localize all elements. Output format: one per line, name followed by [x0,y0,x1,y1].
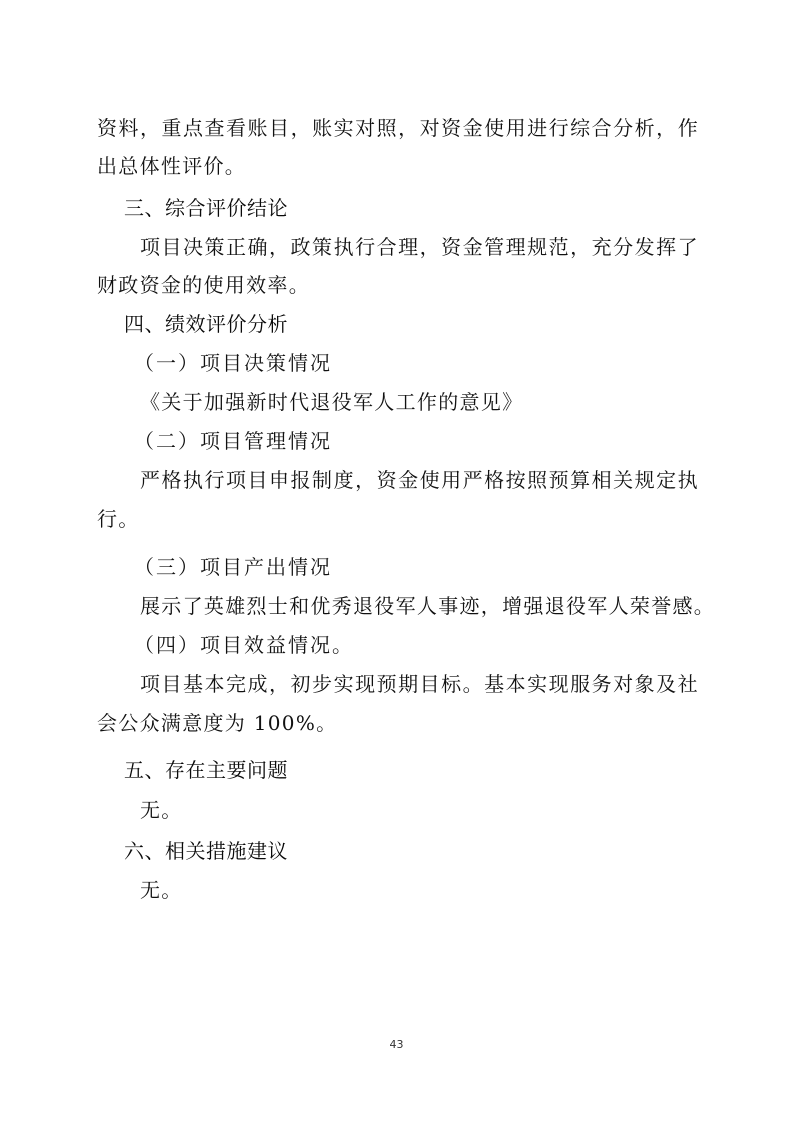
suggestions-paragraph: 无。 [140,878,699,902]
paragraph-continuation-line-1: 资料，重点查看账目，账实对照，对资金使用进行综合分析，作 [97,116,699,140]
decision-paragraph: 《关于加强新时代退役军人工作的意见》 [140,390,699,414]
paragraph-continuation-line-2: 出总体性评价。 [97,154,699,178]
section-heading-6-suggestions: 六、相关措施建议 [124,839,726,863]
subheading-benefit: （四）项目效益情况。 [134,633,736,657]
section-heading-3-conclusion: 三、综合评价结论 [124,196,726,220]
section-heading-4-analysis: 四、绩效评价分析 [124,312,726,336]
problems-paragraph: 无。 [140,798,699,822]
management-paragraph-line-1: 严格执行项目申报制度，资金使用严格按照预算相关规定执 [140,468,699,492]
subheading-output: （三）项目产出情况 [134,555,736,579]
subheading-decision: （一）项目决策情况 [134,351,736,375]
benefit-paragraph-line-1: 项目基本完成，初步实现预期目标。基本实现服务对象及社 [140,672,699,696]
output-paragraph: 展示了英雄烈士和优秀退役军人事迹，增强退役军人荣誉感。 [140,594,699,618]
conclusion-paragraph-line-1: 项目决策正确，政策执行合理，资金管理规范，充分发挥了 [140,235,699,259]
document-page: 资料，重点查看账目，账实对照，对资金使用进行综合分析，作 出总体性评价。 三、综… [0,0,793,1122]
conclusion-paragraph-line-2: 财政资金的使用效率。 [97,273,699,297]
page-number: 43 [0,1038,793,1051]
management-paragraph-line-2: 行。 [97,507,699,531]
benefit-paragraph-line-2: 会公众满意度为 100%。 [97,711,699,735]
section-heading-5-problems: 五、存在主要问题 [124,758,726,782]
subheading-management: （二）项目管理情况 [134,429,736,453]
